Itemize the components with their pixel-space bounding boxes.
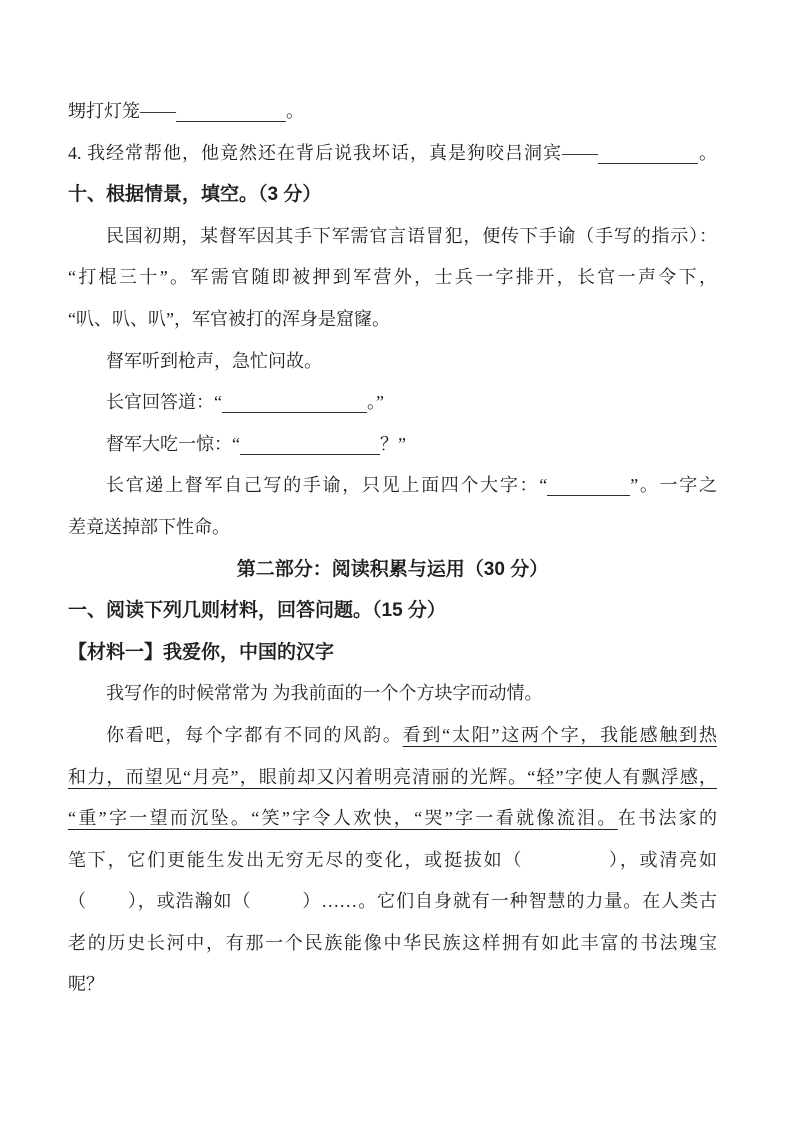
material-1-para-2-line-6: 老的历史长河中，有那一个民族能像中华民族这样拥有如此丰富的书法瑰宝	[68, 923, 717, 965]
text-run: 和力，而望见“月亮”，眼前却又闪着明亮清丽的光辉。“轻”字使人有飘浮感，	[68, 767, 717, 787]
material-1-para-2-line-3: “重”字一望而沉坠。“笑”字令人欢快，“哭”字一看就像流泪。在书法家的	[68, 798, 717, 840]
story-line-1: 民国初期，某督军因其手下军需官言语冒犯，便传下手谕（手写的指示）：	[68, 216, 717, 258]
paren-blank-space	[523, 865, 607, 866]
part-2-heading: 第二部分：阅读积累与运用（30 分）	[68, 549, 717, 591]
material-1-para-2-line-2: 和力，而望见“月亮”，眼前却又闪着明亮清丽的光辉。“轻”字使人有飘浮感，	[68, 757, 717, 799]
fill-in-blank	[598, 163, 698, 164]
material-1-para-1: 我写作的时候常常为 为我前面的一个个方块字而动情。	[68, 673, 717, 715]
text-run: 老的历史长河中，有那一个民族能像中华民族这样拥有如此丰富的书法瑰宝	[68, 933, 717, 953]
text-run: 呢？	[68, 974, 104, 994]
text-run: 十、根据情景，填空。（3 分）	[68, 184, 321, 205]
material-1-para-2-line-5: （），或浩瀚如（）……。它们自身就有一种智慧的力量。在人类古	[68, 881, 717, 923]
material-1-para-2-line-4: 笔下，它们更能生发出无穷无尽的变化，或挺拔如（），或清亮如	[68, 840, 717, 882]
text-run: 长官递上督军自己写的手谕，只见上面四个大字：“	[106, 475, 547, 495]
story-line-2: “打棍三十”。军需官随即被押到军营外，士兵一字排开，长官一声令下，	[68, 257, 717, 299]
text-run: ”。一字之	[630, 475, 717, 495]
fill-in-blank	[547, 495, 630, 496]
text-run: 在书法家的	[618, 808, 717, 828]
text-run: 督军听到枪声，急忙问故。	[106, 351, 322, 371]
text-run: ）……。它们自身就有一种智慧的力量。在人类古	[301, 891, 717, 911]
text-run: 你看吧，每个字都有不同的风韵。	[106, 725, 403, 745]
text-run: 4. 我经常帮他，他竟然还在背后说我坏话，真是狗咬吕洞宾——	[68, 143, 598, 163]
text-run: 差竟送掉部下性命。	[68, 517, 230, 537]
text-run: “打棍三十”。军需官随即被押到军营外，士兵一字排开，长官一声令下，	[68, 267, 717, 287]
text-run: “重”字一望而沉坠。“笑”字令人欢快，“哭”字一看就像流泪。	[68, 808, 618, 828]
story-line-3: “叭、叭、叭”，军官被打的浑身是窟窿。	[68, 299, 717, 341]
text-run: 民国初期，某督军因其手下军需官言语冒犯，便传下手谕（手写的指示）：	[106, 226, 717, 246]
text-run: 我写作的时候常常为 为我前面的一个个方块字而动情。	[106, 683, 543, 703]
material-1-para-2-line-7: 呢？	[68, 964, 717, 1006]
fill-in-blank	[176, 121, 286, 122]
text-run: 第二部分：阅读积累与运用（30 分）	[237, 559, 548, 580]
text-run: 。	[286, 101, 304, 121]
story-line-4: 督军听到枪声，急忙问故。	[68, 341, 717, 383]
xiehouyu-item-4: 4. 我经常帮他，他竟然还在背后说我坏话，真是狗咬吕洞宾——。	[68, 133, 717, 175]
text-run: 甥打灯笼——	[68, 101, 176, 121]
story-line-5: 长官回答道：“。”	[68, 382, 717, 424]
text-run: （	[68, 891, 87, 911]
paren-blank-space	[251, 906, 301, 907]
text-run: 笔下，它们更能生发出无穷无尽的变化，或挺拔如（	[68, 850, 523, 870]
text-run: 看到“太阳”这两个字，我能感触到热	[403, 725, 717, 745]
story-line-8: 差竟送掉部下性命。	[68, 507, 717, 549]
fill-in-blank	[222, 412, 367, 413]
text-run: 一、阅读下列几则材料，回答问题。（15 分）	[68, 600, 446, 621]
text-run: 。”	[367, 392, 384, 412]
text-run: 【材料一】我爱你，中国的汉字	[68, 642, 334, 663]
text-run: 督军大吃一惊：“	[106, 434, 240, 454]
material-1-para-2-line-1: 你看吧，每个字都有不同的风韵。看到“太阳”这两个字，我能感触到热	[68, 715, 717, 757]
xiehouyu-item-3-answer-line: 甥打灯笼——。	[68, 91, 717, 133]
reading-q1-heading: 一、阅读下列几则材料，回答问题。（15 分）	[68, 590, 717, 632]
text-run: “叭、叭、叭”，军官被打的浑身是窟窿。	[68, 309, 390, 329]
story-line-7: 长官递上督军自己写的手谕，只见上面四个大字：“”。一字之	[68, 465, 717, 507]
text-run: 。	[698, 143, 717, 163]
material-1-title: 【材料一】我爱你，中国的汉字	[68, 632, 717, 674]
document-body: 甥打灯笼——。4. 我经常帮他，他竟然还在背后说我坏话，真是狗咬吕洞宾——。十、…	[0, 0, 793, 1006]
text-run: ），或浩瀚如（	[127, 891, 251, 911]
text-run: ？”	[380, 434, 406, 454]
text-run: 长官回答道：“	[106, 392, 222, 412]
text-run: ），或清亮如	[607, 850, 717, 870]
fill-in-blank	[240, 454, 380, 455]
exam-paper-page: 甥打灯笼——。4. 我经常帮他，他竟然还在背后说我坏话，真是狗咬吕洞宾——。十、…	[0, 0, 793, 1122]
section-10-heading: 十、根据情景，填空。（3 分）	[68, 174, 717, 216]
paren-blank-space	[87, 906, 127, 907]
story-line-6: 督军大吃一惊：“？”	[68, 424, 717, 466]
